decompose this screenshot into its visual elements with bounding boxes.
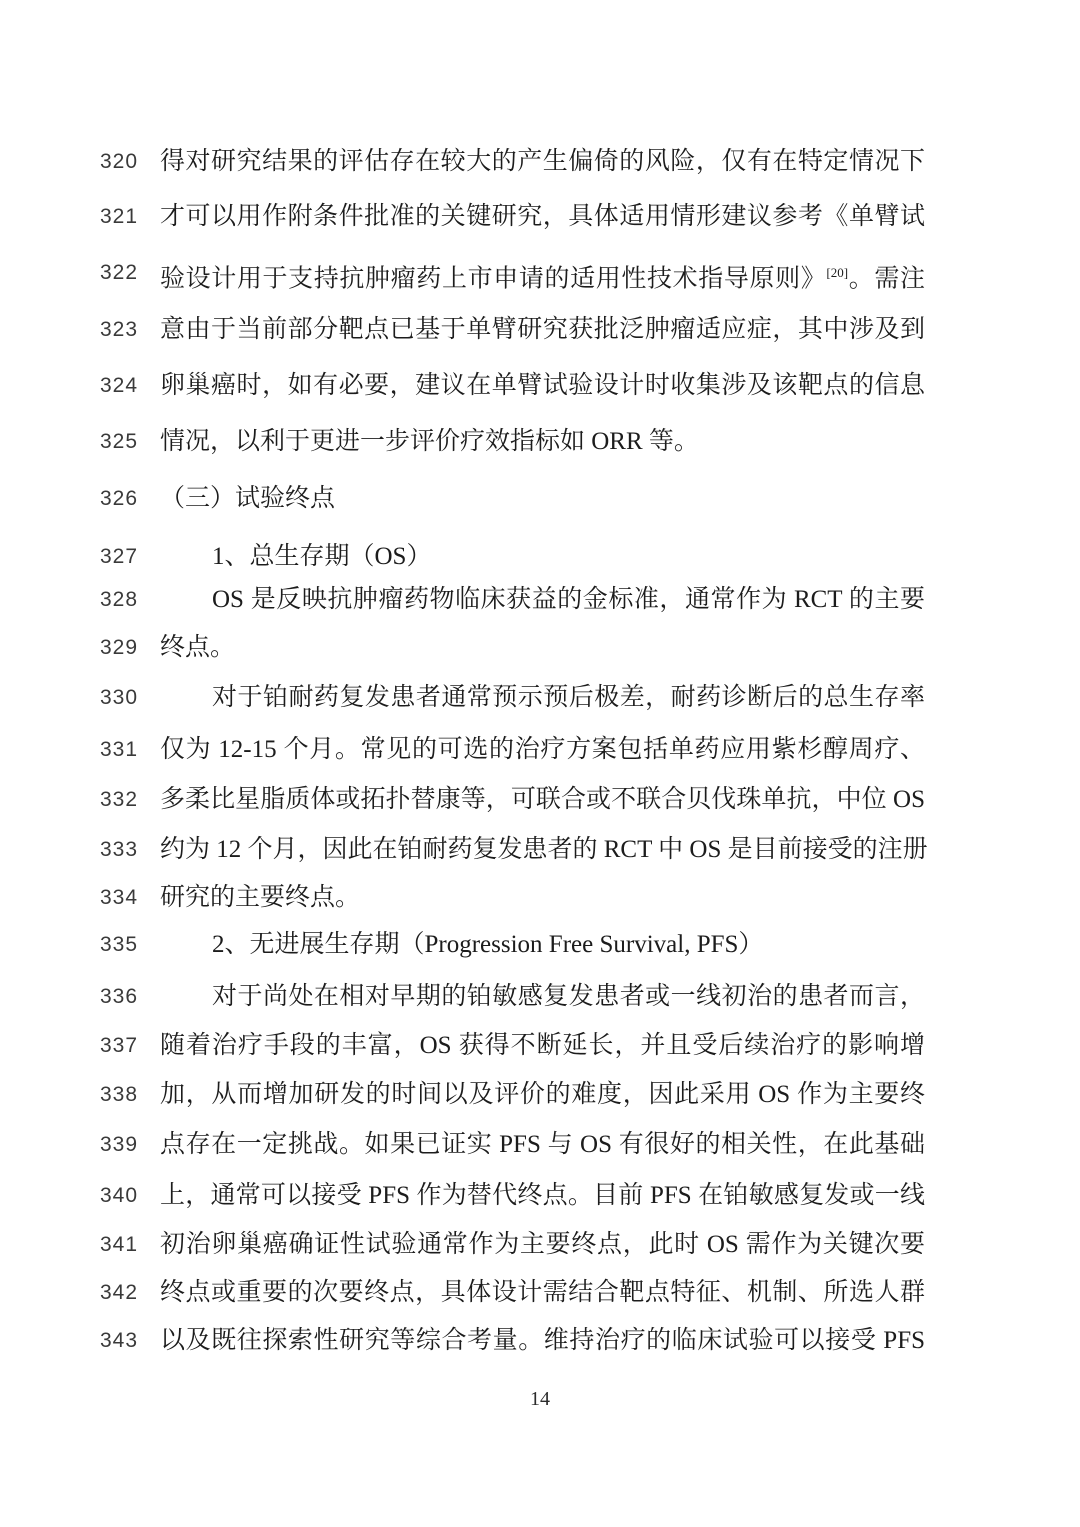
line-text: 意由于当前部分靶点已基于单臂研究获批泛肿瘤适应症，其中涉及到 [160,313,925,347]
line-number: 341 [100,1228,142,1262]
document-line: 329终点。 [0,631,1080,665]
document-line: 3271、总生存期（OS） [0,540,1080,574]
document-line: 333约为 12 个月，因此在铂耐药复发患者的 RCT 中 OS 是目前接受的注… [0,833,1080,867]
document-line: 324卵巢癌时，如有必要，建议在单臂试验设计时收集涉及该靶点的信息 [0,369,1080,403]
line-text: 终点。 [160,631,925,665]
document-line: 322验设计用于支持抗肿瘤药上市申请的适用性技术指导原则》[20]。需注 [0,256,1080,290]
document-line: 320得对研究结果的评估存在较大的产生偏倚的风险，仅有在特定情况下 [0,145,1080,179]
document-line: 341初治卵巢癌确证性试验通常作为主要终点，此时 OS 需作为关键次要 [0,1228,1080,1262]
line-text: 多柔比星脂质体或拓扑替康等，可联合或不联合贝伐珠单抗，中位 OS [160,783,925,817]
line-text: 对于尚处在相对早期的铂敏感复发患者或一线初治的患者而言， [160,980,925,1014]
line-text: 验设计用于支持抗肿瘤药上市申请的适用性技术指导原则》[20]。需注 [160,256,925,296]
line-number: 328 [100,583,142,617]
line-number: 330 [100,681,142,715]
line-number: 320 [100,145,142,179]
line-text: OS 是反映抗肿瘤药物临床获益的金标准，通常作为 RCT 的主要 [160,583,925,617]
line-text: 1、总生存期（OS） [160,540,925,574]
document-line: 323意由于当前部分靶点已基于单臂研究获批泛肿瘤适应症，其中涉及到 [0,313,1080,347]
line-text: 初治卵巢癌确证性试验通常作为主要终点，此时 OS 需作为关键次要 [160,1228,925,1262]
document-line: 331仅为 12-15 个月。常见的可选的治疗方案包括单药应用紫杉醇周疗、 [0,733,1080,767]
line-number: 321 [100,200,142,234]
line-number: 331 [100,733,142,767]
document-line: 3352、无进展生存期（Progression Free Survival, P… [0,928,1080,962]
line-text: 随着治疗手段的丰富，OS 获得不断延长，并且受后续治疗的影响增 [160,1029,925,1063]
line-text: 卵巢癌时，如有必要，建议在单臂试验设计时收集涉及该靶点的信息 [160,369,925,403]
line-number: 323 [100,313,142,347]
document-line: 342终点或重要的次要终点，具体设计需结合靶点特征、机制、所选人群 [0,1276,1080,1310]
line-text: 对于铂耐药复发患者通常预示预后极差，耐药诊断后的总生存率 [160,681,925,715]
document-line: 332多柔比星脂质体或拓扑替康等，可联合或不联合贝伐珠单抗，中位 OS [0,783,1080,817]
line-number: 333 [100,833,142,867]
line-text: 约为 12 个月，因此在铂耐药复发患者的 RCT 中 OS 是目前接受的注册 [160,833,925,867]
line-text: 2、无进展生存期（Progression Free Survival, PFS） [160,928,925,962]
document-line: 328OS 是反映抗肿瘤药物临床获益的金标准，通常作为 RCT 的主要 [0,583,1080,617]
document-line: 336对于尚处在相对早期的铂敏感复发患者或一线初治的患者而言， [0,980,1080,1014]
line-text: （三）试验终点 [160,482,925,516]
line-text: 情况，以利于更进一步评价疗效指标如 ORR 等。 [160,425,925,459]
line-number: 340 [100,1179,142,1213]
line-number: 337 [100,1029,142,1063]
document-line: 340上，通常可以接受 PFS 作为替代终点。目前 PFS 在铂敏感复发或一线 [0,1179,1080,1213]
document-line: 338加，从而增加研发的时间以及评价的难度，因此采用 OS 作为主要终 [0,1078,1080,1112]
line-number: 334 [100,881,142,915]
footnote-reference: [20] [826,265,848,280]
line-text: 终点或重要的次要终点，具体设计需结合靶点特征、机制、所选人群 [160,1276,925,1310]
line-number: 339 [100,1128,142,1162]
document-line: 321才可以用作附条件批准的关键研究，具体适用情形建议参考《单臂试 [0,200,1080,234]
document-line: 343以及既往探索性研究等综合考量。维持治疗的临床试验可以接受 PFS [0,1324,1080,1358]
line-number: 325 [100,425,142,459]
line-text: 以及既往探索性研究等综合考量。维持治疗的临床试验可以接受 PFS [160,1324,925,1358]
document-page: 320得对研究结果的评估存在较大的产生偏倚的风险，仅有在特定情况下321才可以用… [0,0,1080,1527]
line-number: 329 [100,631,142,665]
line-text: 研究的主要终点。 [160,881,925,915]
line-text: 才可以用作附条件批准的关键研究，具体适用情形建议参考《单臂试 [160,200,925,234]
line-number: 336 [100,980,142,1014]
line-number: 322 [100,256,142,290]
line-text: 上，通常可以接受 PFS 作为替代终点。目前 PFS 在铂敏感复发或一线 [160,1179,925,1213]
line-number: 342 [100,1276,142,1310]
page-number: 14 [0,1388,1080,1411]
document-line: 339点存在一定挑战。如果已证实 PFS 与 OS 有很好的相关性，在此基础 [0,1128,1080,1162]
document-line: 337随着治疗手段的丰富，OS 获得不断延长，并且受后续治疗的影响增 [0,1029,1080,1063]
document-line: 334研究的主要终点。 [0,881,1080,915]
line-text: 得对研究结果的评估存在较大的产生偏倚的风险，仅有在特定情况下 [160,145,925,179]
line-number: 338 [100,1078,142,1112]
line-number: 326 [100,482,142,516]
line-number: 332 [100,783,142,817]
line-text: 仅为 12-15 个月。常见的可选的治疗方案包括单药应用紫杉醇周疗、 [160,733,925,767]
document-line: 325情况，以利于更进一步评价疗效指标如 ORR 等。 [0,425,1080,459]
line-number: 324 [100,369,142,403]
line-text: 加，从而增加研发的时间以及评价的难度，因此采用 OS 作为主要终 [160,1078,925,1112]
line-number: 343 [100,1324,142,1358]
line-number: 335 [100,928,142,962]
line-text: 点存在一定挑战。如果已证实 PFS 与 OS 有很好的相关性，在此基础 [160,1128,925,1162]
document-line: 330对于铂耐药复发患者通常预示预后极差，耐药诊断后的总生存率 [0,681,1080,715]
document-line: 326（三）试验终点 [0,482,1080,516]
line-number: 327 [100,540,142,574]
